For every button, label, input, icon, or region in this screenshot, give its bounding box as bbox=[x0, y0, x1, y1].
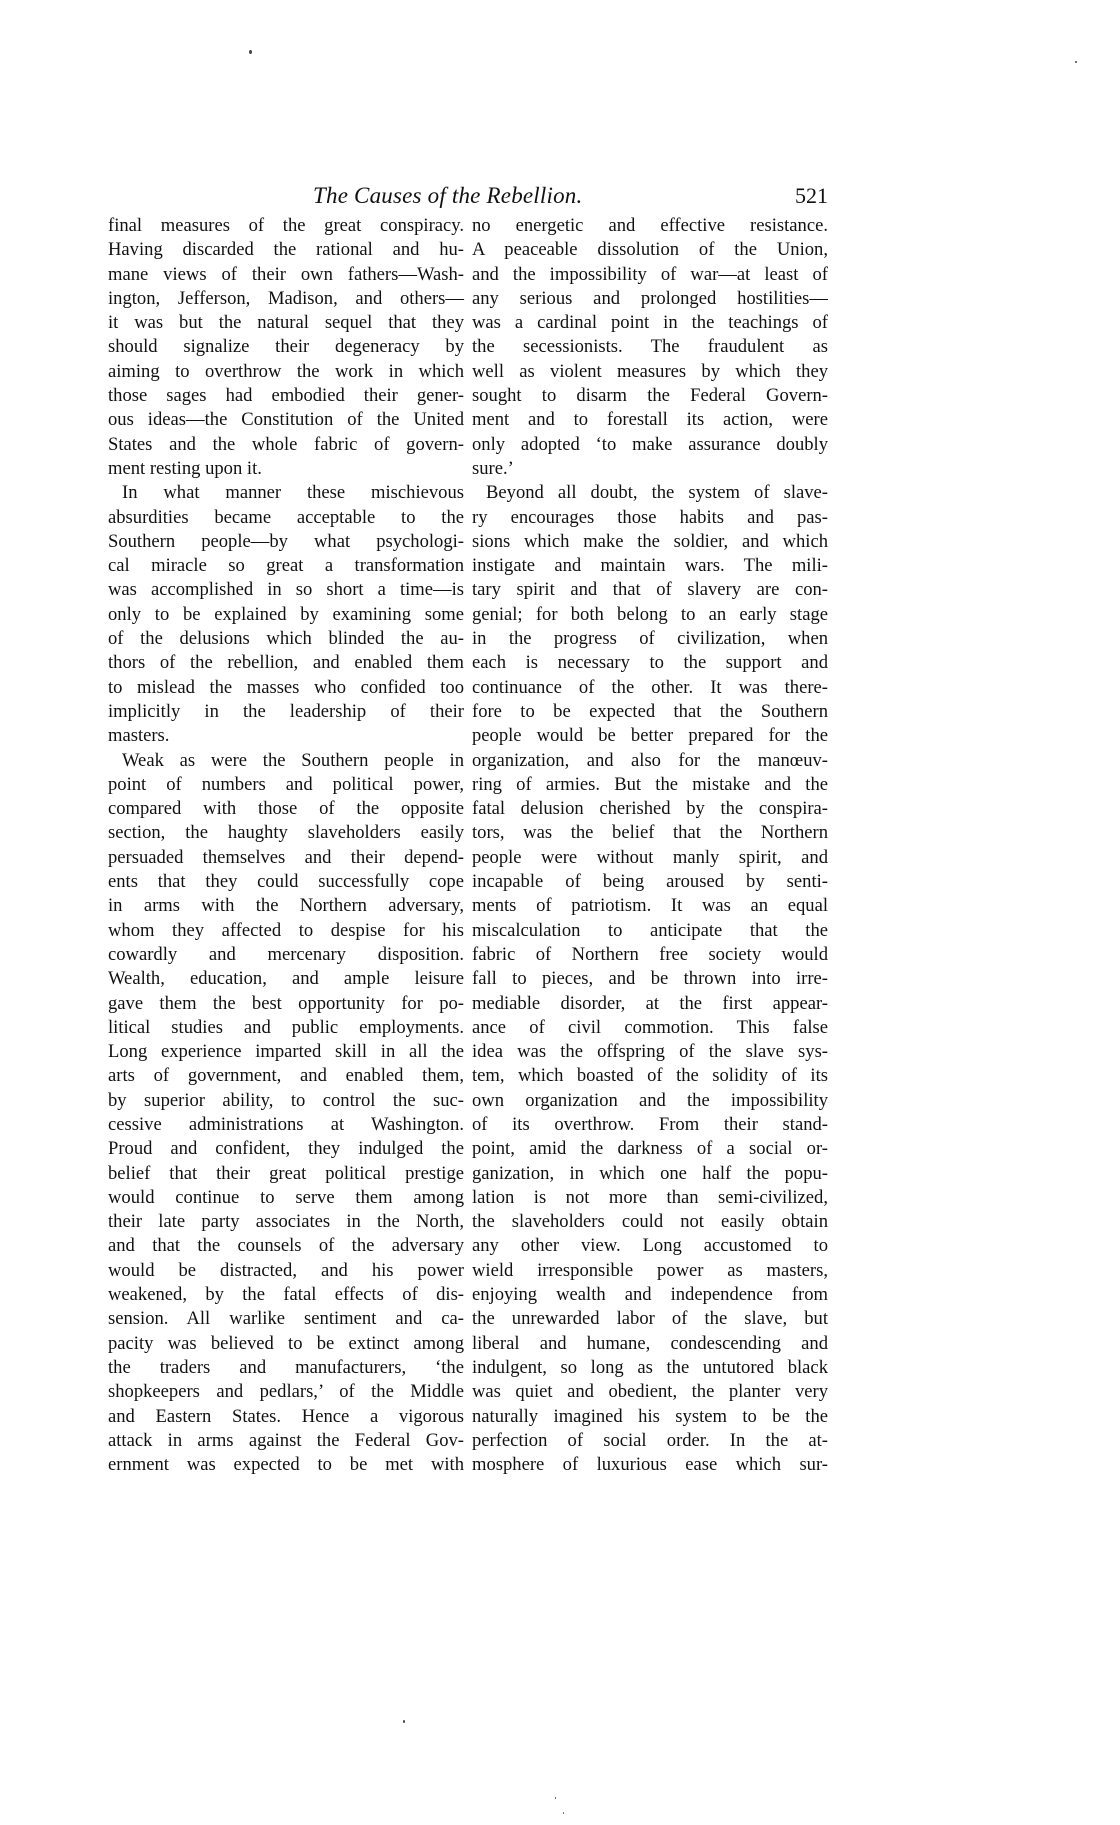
text-line: ring of armies. But the mistake and the bbox=[472, 773, 828, 797]
text-line: ment and to forestall its action, were bbox=[472, 408, 828, 432]
text-line: each is necessary to the support and bbox=[472, 651, 828, 675]
text-line: no energetic and effective resistance. bbox=[472, 214, 828, 238]
text-line: instigate and maintain wars. The mili- bbox=[472, 554, 828, 578]
text-line: by superior ability, to control the suc- bbox=[108, 1089, 464, 1113]
scan-speck bbox=[555, 1797, 556, 1799]
text-line: point of numbers and political power, bbox=[108, 773, 464, 797]
text-line: their late party associates in the North… bbox=[108, 1210, 464, 1234]
text-line: cessive administrations at Washington. bbox=[108, 1113, 464, 1137]
text-line: ington, Jefferson, Madison, and others— bbox=[108, 287, 464, 311]
text-line: arts of government, and enabled them, bbox=[108, 1064, 464, 1088]
text-line: of its overthrow. From their stand- bbox=[472, 1113, 828, 1137]
text-line: to mislead the masses who confided too bbox=[108, 676, 464, 700]
text-line: Southern people—by what psychologi- bbox=[108, 530, 464, 554]
text-line: of the delusions which blinded the au- bbox=[108, 627, 464, 651]
text-line: belief that their great political presti… bbox=[108, 1162, 464, 1186]
text-line: ernment was expected to be met with bbox=[108, 1453, 464, 1477]
text-line: sought to disarm the Federal Govern- bbox=[472, 384, 828, 408]
paragraph-start-line: Beyond all doubt, the system of slave- bbox=[472, 481, 828, 505]
paragraph-start-line: Weak as were the Southern people in bbox=[108, 749, 464, 773]
text-line: it was but the natural sequel that they bbox=[108, 311, 464, 335]
text-line: in the progress of civilization, when bbox=[472, 627, 828, 651]
text-line: organization, and also for the manœuv- bbox=[472, 749, 828, 773]
text-line: well as violent measures by which they bbox=[472, 360, 828, 384]
text-line: Long experience imparted skill in all th… bbox=[108, 1040, 464, 1064]
right-text-column: no energetic and effective resistance. A… bbox=[472, 214, 828, 1477]
text-line: tors, was the belief that the Northern bbox=[472, 821, 828, 845]
text-line: cal miracle so great a transformation bbox=[108, 554, 464, 578]
text-line: point, amid the darkness of a social or- bbox=[472, 1137, 828, 1161]
text-line: only to be explained by examining some bbox=[108, 603, 464, 627]
text-line: was a cardinal point in the teachings of bbox=[472, 311, 828, 335]
text-line: absurdities became acceptable to the bbox=[108, 506, 464, 530]
paragraph-start-line: In what manner these mischievous bbox=[108, 481, 464, 505]
text-line: continuance of the other. It was there- bbox=[472, 676, 828, 700]
text-line: genial; for both belong to an early stag… bbox=[472, 603, 828, 627]
text-line: the slaveholders could not easily obtain bbox=[472, 1210, 828, 1234]
text-line: the secessionists. The fraudulent as bbox=[472, 335, 828, 359]
running-title: The Causes of the Rebellion. bbox=[313, 183, 582, 209]
text-line: sension. All warlike sentiment and ca- bbox=[108, 1307, 464, 1331]
text-line: tem, which boasted of the solidity of it… bbox=[472, 1064, 828, 1088]
text-line: cowardly and mercenary disposition. bbox=[108, 943, 464, 967]
text-line: the unrewarded labor of the slave, but bbox=[472, 1307, 828, 1331]
text-line: liberal and humane, condescending and bbox=[472, 1332, 828, 1356]
text-line: ments of patriotism. It was an equal bbox=[472, 894, 828, 918]
text-line: in arms with the Northern adversary, bbox=[108, 894, 464, 918]
text-line: people were without manly spirit, and bbox=[472, 846, 828, 870]
text-line: tary spirit and that of slavery are con- bbox=[472, 578, 828, 602]
text-line: final measures of the great conspiracy. bbox=[108, 214, 464, 238]
scanned-page: The Causes of the Rebellion. 521 final m… bbox=[0, 0, 1120, 1825]
text-line: was accomplished in so short a time—is bbox=[108, 578, 464, 602]
text-line: fall to pieces, and be thrown into irre- bbox=[472, 967, 828, 991]
text-line: own organization and the impossibility bbox=[472, 1089, 828, 1113]
text-line: was quiet and obedient, the planter very bbox=[472, 1380, 828, 1404]
scan-speck bbox=[249, 50, 252, 54]
text-line: idea was the offspring of the slave sys- bbox=[472, 1040, 828, 1064]
text-line: sions which make the soldier, and which bbox=[472, 530, 828, 554]
text-line: Wealth, education, and ample leisure bbox=[108, 967, 464, 991]
running-header: The Causes of the Rebellion. 521 bbox=[108, 183, 828, 213]
text-line: those sages had embodied their gener- bbox=[108, 384, 464, 408]
text-line: miscalculation to anticipate that the bbox=[472, 919, 828, 943]
text-line: only adopted ‘to make assurance doubly bbox=[472, 433, 828, 457]
text-line: aiming to overthrow the work in which bbox=[108, 360, 464, 384]
text-line: shopkeepers and pedlars,’ of the Middle bbox=[108, 1380, 464, 1404]
text-line: compared with those of the opposite bbox=[108, 797, 464, 821]
text-line: and the impossibility of war—at least of bbox=[472, 263, 828, 287]
text-line: fabric of Northern free society would bbox=[472, 943, 828, 967]
text-line: the traders and manufacturers, ‘the bbox=[108, 1356, 464, 1380]
text-line: implicitly in the leadership of their bbox=[108, 700, 464, 724]
text-line: pacity was believed to be extinct among bbox=[108, 1332, 464, 1356]
text-line: ment resting upon it. bbox=[108, 457, 464, 481]
text-line: A peaceable dissolution of the Union, bbox=[472, 238, 828, 262]
text-line: gave them the best opportunity for po- bbox=[108, 992, 464, 1016]
text-line: incapable of being aroused by senti- bbox=[472, 870, 828, 894]
text-line: mosphere of luxurious ease which sur- bbox=[472, 1453, 828, 1477]
text-line: perfection of social order. In the at- bbox=[472, 1429, 828, 1453]
text-line: litical studies and public employments. bbox=[108, 1016, 464, 1040]
text-line: would continue to serve them among bbox=[108, 1186, 464, 1210]
text-line: whom they affected to despise for his bbox=[108, 919, 464, 943]
text-line: should signalize their degeneracy by bbox=[108, 335, 464, 359]
left-text-column: final measures of the great conspiracy. … bbox=[108, 214, 464, 1477]
text-line: masters. bbox=[108, 724, 464, 748]
text-line: mediable disorder, at the first appear- bbox=[472, 992, 828, 1016]
scan-speck bbox=[1075, 61, 1077, 63]
text-line: indulgent, so long as the untutored blac… bbox=[472, 1356, 828, 1380]
text-line: would be distracted, and his power bbox=[108, 1259, 464, 1283]
text-line: sure.’ bbox=[472, 457, 828, 481]
text-line: wield irresponsible power as masters, bbox=[472, 1259, 828, 1283]
text-line: ry encourages those habits and pas- bbox=[472, 506, 828, 530]
text-line: ganization, in which one half the popu- bbox=[472, 1162, 828, 1186]
text-line: weakened, by the fatal effects of dis- bbox=[108, 1283, 464, 1307]
text-line: enjoying wealth and independence from bbox=[472, 1283, 828, 1307]
text-line: States and the whole fabric of govern- bbox=[108, 433, 464, 457]
text-line: Proud and confident, they indulged the bbox=[108, 1137, 464, 1161]
text-line: ous ideas—the Constitution of the United bbox=[108, 408, 464, 432]
scan-speck bbox=[403, 1720, 405, 1723]
text-line: lation is not more than semi-civilized, bbox=[472, 1186, 828, 1210]
text-line: Having discarded the rational and hu- bbox=[108, 238, 464, 262]
text-line: mane views of their own fathers—Wash- bbox=[108, 263, 464, 287]
text-line: section, the haughty slaveholders easily bbox=[108, 821, 464, 845]
text-line: naturally imagined his system to be the bbox=[472, 1405, 828, 1429]
text-line: attack in arms against the Federal Gov- bbox=[108, 1429, 464, 1453]
text-line: ents that they could successfully cope bbox=[108, 870, 464, 894]
scan-speck bbox=[563, 1812, 564, 1814]
page-number: 521 bbox=[795, 183, 828, 209]
text-line: fore to be expected that the Southern bbox=[472, 700, 828, 724]
text-line: and Eastern States. Hence a vigorous bbox=[108, 1405, 464, 1429]
text-line: ance of civil commotion. This false bbox=[472, 1016, 828, 1040]
text-line: any serious and prolonged hostilities— bbox=[472, 287, 828, 311]
text-line: and that the counsels of the adversary bbox=[108, 1234, 464, 1258]
text-line: thors of the rebellion, and enabled them bbox=[108, 651, 464, 675]
text-line: persuaded themselves and their depend- bbox=[108, 846, 464, 870]
text-line: people would be better prepared for the bbox=[472, 724, 828, 748]
text-line: any other view. Long accustomed to bbox=[472, 1234, 828, 1258]
text-line: fatal delusion cherished by the conspira… bbox=[472, 797, 828, 821]
